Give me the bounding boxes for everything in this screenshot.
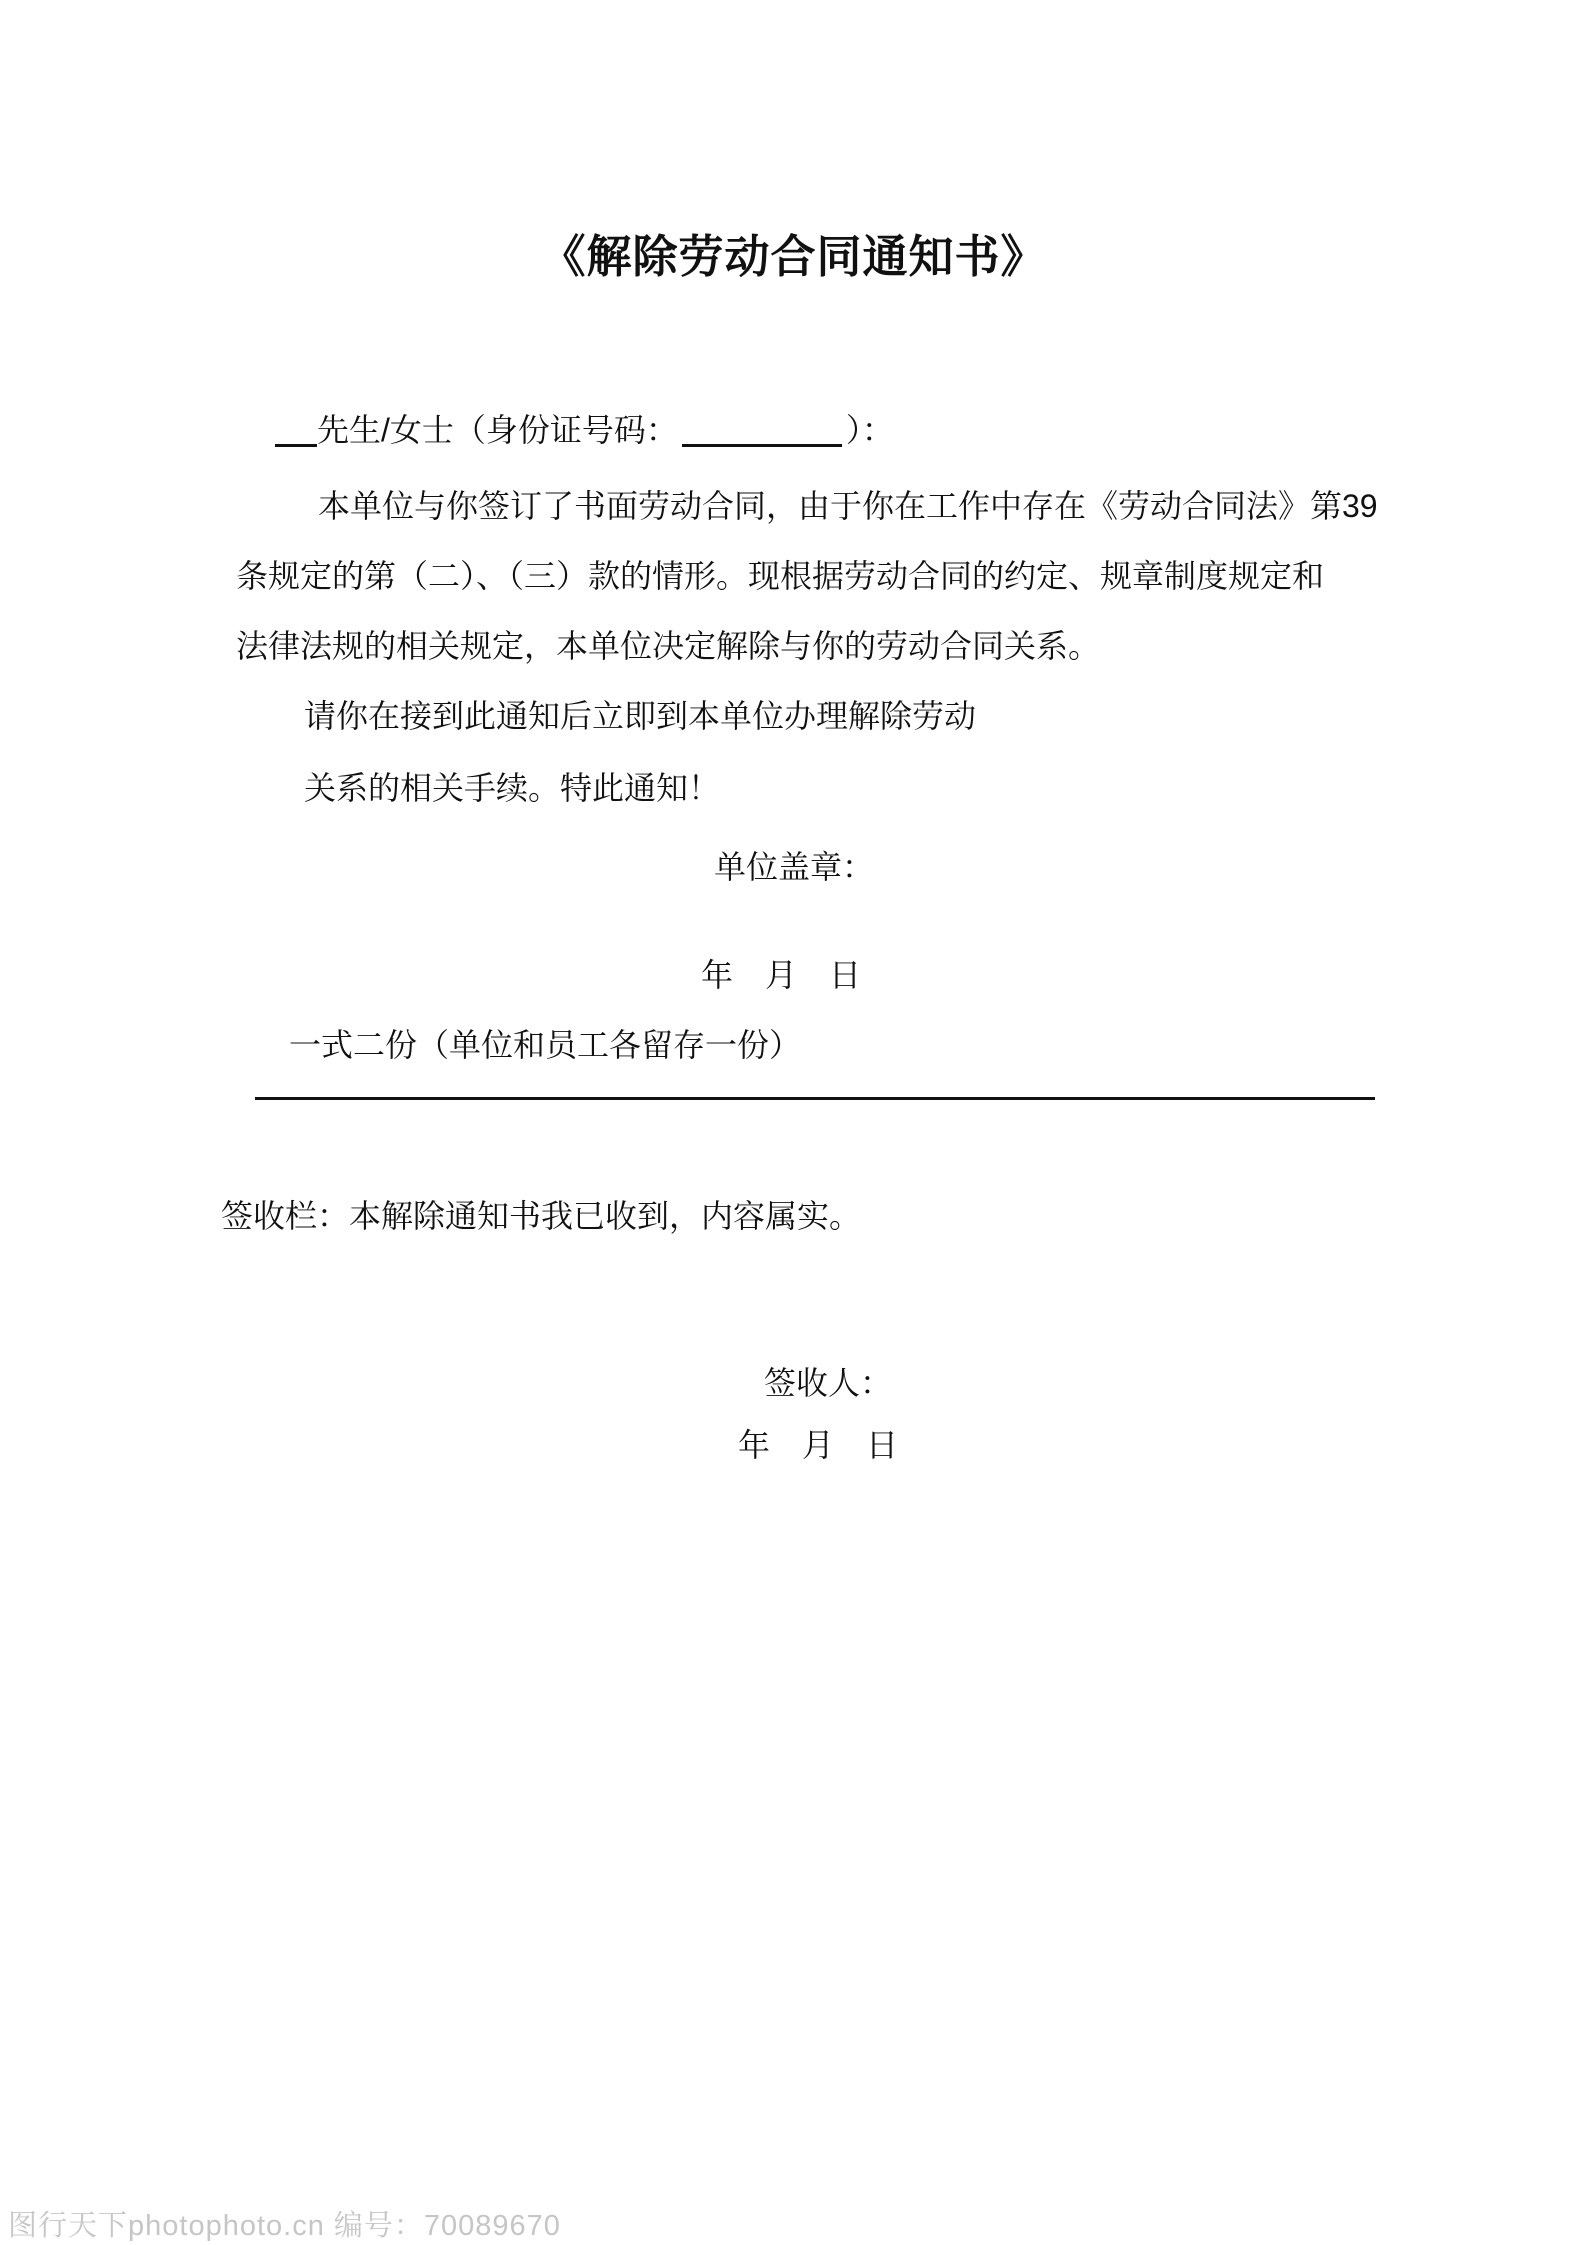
- document-title: 《解除劳动合同通知书》: [0, 220, 1587, 285]
- site-watermark: 图行天下photophoto.cn 编号：70089670: [8, 2203, 561, 2244]
- id-number-blank-line: [682, 444, 842, 447]
- separator-line: [255, 1097, 1375, 1100]
- receipt-statement: 签收栏：本解除通知书我已收到，内容属实。: [221, 1198, 861, 1234]
- signer-label: 签收人：: [764, 1365, 892, 1401]
- paragraph2-line2: 关系的相关手续。特此通知！: [304, 770, 720, 806]
- name-blank-line: [275, 444, 317, 447]
- unit-seal-label: 单位盖章：: [714, 849, 874, 885]
- copies-note: 一式二份（单位和员工各留存一份）: [289, 1027, 801, 1063]
- salutation-prefix: 先生/女士（身份证号码：: [317, 412, 678, 448]
- paragraph1-line3: 法律法规的相关规定，本单位决定解除与你的劳动合同关系。: [236, 628, 1100, 664]
- salutation-suffix: ）：: [846, 412, 894, 448]
- document-page: 《解除劳动合同通知书》 先生/女士（身份证号码：）： 本单位与你签订了书面劳动合…: [0, 0, 1587, 2245]
- paragraph2-line1: 请你在接到此通知后立即到本单位办理解除劳动: [304, 698, 976, 734]
- paragraph1-line2: 条规定的第（二）、（三）款的情形。现根据劳动合同的约定、规章制度规定和: [236, 558, 1324, 594]
- salutation-line: 先生/女士（身份证号码：）：: [275, 412, 894, 448]
- date-line-signer: 年 月 日: [738, 1427, 898, 1463]
- date-line-unit: 年 月 日: [701, 957, 861, 993]
- paragraph1-line1: 本单位与你签订了书面劳动合同，由于你在工作中存在《劳动合同法》第39: [318, 488, 1378, 524]
